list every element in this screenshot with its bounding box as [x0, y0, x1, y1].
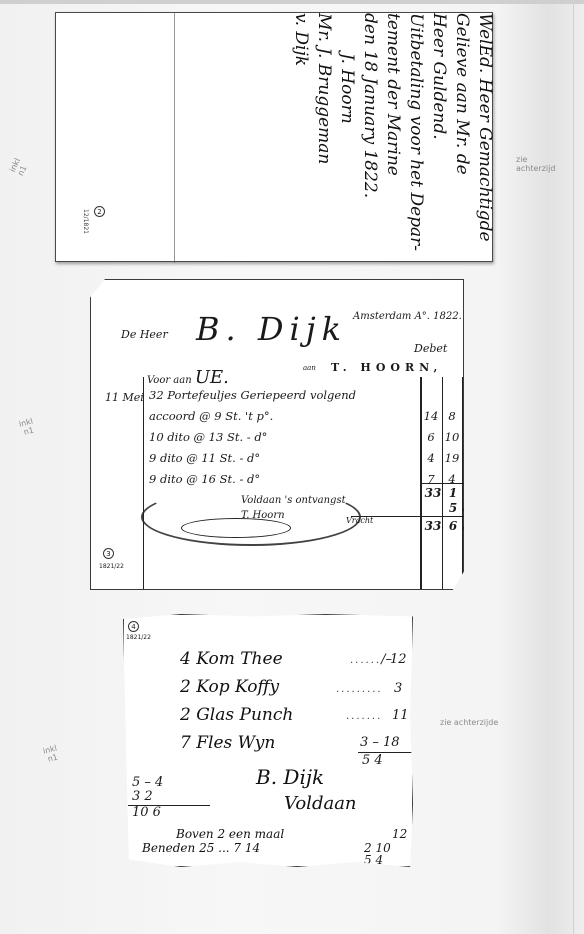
total-guilders: 33 [423, 519, 443, 533]
debet-label: Debet [414, 342, 447, 355]
ledger-row: 9 dito @ 11 St. - d° 4 19 - [149, 449, 469, 470]
row-desc: 32 Portefeuljes Geriepeerd volgend [149, 388, 356, 402]
merchant-name: T. HOORN, [331, 361, 442, 374]
bill-amount: 5 4 [362, 753, 383, 768]
ledger-rule-left [143, 377, 144, 589]
ledger-row: 32 Portefeuljes Geriepeerd volgend [149, 386, 469, 407]
bottom-line: Beneden 25 ... 7 14 [142, 841, 260, 855]
row-penning: - [463, 409, 477, 423]
row-guilders: 6 [420, 430, 442, 444]
total-penning: 8 [463, 519, 477, 533]
pencil-note-right-1: zieachterzijd [516, 155, 555, 173]
signature-flourish-inner [181, 518, 291, 538]
letter-line: WelEd. Heer Gemachtigde [473, 13, 496, 263]
letter-line: Heer Guldend. [427, 13, 450, 263]
row-desc: 10 dito @ 13 St. - d° [149, 430, 267, 444]
letter-line: J. Hoorn [335, 13, 358, 263]
ledger-rows: 32 Portefeuljes Geriepeerd volgend accoo… [149, 386, 469, 491]
bill-amount: 3 [394, 681, 402, 696]
vracht-stuivers: 5 [443, 501, 463, 515]
row-penning: - [463, 472, 477, 486]
scanned-page: inkln1 zieachterzijd inkl n1 zie achterz… [0, 0, 584, 934]
merchant-signature: T. Hoorn [241, 510, 285, 521]
document-reference: 12/1821 [82, 209, 89, 234]
vracht-label: Vracht [346, 516, 373, 525]
row-stuivers: 19 [442, 451, 462, 465]
document-reference: 1821/22 [126, 634, 151, 641]
row-penning: - [463, 430, 477, 444]
letter-line: den 18 January 1822. [358, 13, 381, 263]
letter-line: v. Dijk [289, 13, 312, 263]
bottom-amount: 12 [392, 827, 407, 841]
voor-text: Voor aan [147, 375, 192, 386]
bill-item: 2 Glas Punch [180, 705, 293, 725]
row-penning: - [463, 451, 477, 465]
row-desc: 9 dito @ 11 St. - d° [149, 451, 260, 465]
total-stuivers: 6 [443, 519, 463, 533]
bottom-amount: 5 4 [364, 853, 383, 867]
pencil-note-left-2: inkl n1 [18, 416, 36, 437]
document-reference: 1821/22 [99, 563, 124, 570]
subtotal-stuivers: 1 [443, 486, 463, 500]
document-letter-1822: 2 12/1821 WelEd. Heer Gemachtigde Geliev… [55, 12, 493, 262]
scan-top-edge [0, 0, 584, 4]
signature-voldaan: Voldaan [284, 793, 357, 814]
letter-line: Gelieve aan Mr. de [450, 13, 473, 263]
row-guilders: 7 [420, 472, 442, 486]
subtotal-guilders: 33 [423, 486, 443, 500]
vracht-penning: 8 [463, 501, 477, 515]
voor-initials: UE. [195, 367, 229, 388]
bill-item: 4 Kom Thee [180, 649, 283, 669]
fold-line [174, 13, 175, 263]
bottom-line: Boven 2 een maal [176, 827, 284, 841]
pencil-note-left-3: inkl n1 [42, 743, 60, 764]
row-stuivers: 4 [442, 472, 462, 486]
pencil-note-right-3: zie achterzijde [440, 718, 498, 727]
customer-name: B. Dijk [196, 310, 347, 348]
bill-item: 7 Fles Wyn [180, 733, 275, 753]
letter-line: Uitbetaling voor het Depar- [404, 13, 427, 263]
document-bill-hoorn: Amsterdam A°. 1822. De Heer B. Dijk Debe… [90, 279, 464, 590]
bill-amount: 3 – 18 [360, 735, 400, 750]
document-number-badge: 2 [94, 206, 105, 217]
row-desc: 9 dito @ 16 St. - d° [149, 472, 260, 486]
bill-item: 2 Kop Koffy [180, 677, 279, 697]
bill-amount: 11 [392, 708, 409, 723]
row-desc: accoord @ 9 St. 't p°. [149, 409, 273, 423]
row-stuivers: 10 [442, 430, 462, 444]
letter-text-rotated: WelEd. Heer Gemachtigde Gelieve aan Mr. … [196, 13, 496, 263]
pencil-note-left-1: inkln1 [8, 157, 30, 177]
tally-line: 5 – 4 [132, 775, 163, 790]
document-tavern-bill: 4 1821/22 4 Kom Thee ....../– 12 2 Kop K… [123, 614, 413, 867]
entry-date: 11 Mei [105, 391, 144, 404]
bill-leader: ....../– [350, 652, 392, 667]
letter-line: tement der Marine [381, 13, 404, 263]
row-stuivers: 8 [442, 409, 462, 423]
bottom-rule [334, 866, 400, 867]
letter-line: Mr. J. Bruggeman [312, 13, 335, 263]
ledger-row: 9 dito @ 16 St. - d° 7 4 - [149, 470, 469, 491]
receipt-note: Voldaan 's ontvangst [241, 495, 346, 506]
voor-label: Voor aan UE. [147, 367, 229, 388]
bill-leader: ......... [336, 681, 383, 696]
aan-label: aan [303, 364, 316, 372]
document-number-badge: 4 [128, 621, 139, 632]
bill-leader: ....... [346, 708, 382, 723]
bill-amount: 12 [390, 652, 407, 667]
tally-line: 3 2 [132, 789, 153, 804]
row-guilders: 14 [420, 409, 442, 423]
ledger-row: 10 dito @ 13 St. - d° 6 10 - [149, 428, 469, 449]
tally-line: 10 6 [132, 805, 161, 820]
row-guilders: 4 [420, 451, 442, 465]
city-date: Amsterdam A°. 1822. [353, 311, 462, 322]
document-number-badge: 3 [103, 548, 114, 559]
signature-dijk: B. Dijk [256, 765, 324, 789]
scan-right-edge [573, 0, 574, 934]
ledger-row: accoord @ 9 St. 't p°. 14 8 - [149, 407, 469, 428]
salutation: De Heer [121, 328, 168, 341]
subtotal-penning: - [463, 486, 477, 500]
